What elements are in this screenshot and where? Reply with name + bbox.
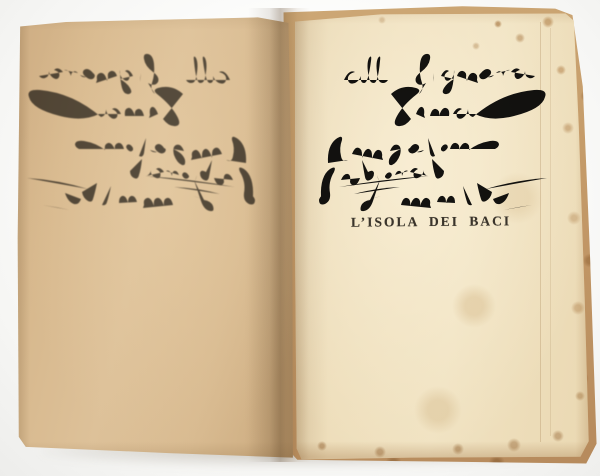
printed-title: L’ISOLA DEI BACI <box>351 213 511 230</box>
mirrored-ink-impression <box>0 10 279 240</box>
left-page <box>16 12 294 464</box>
handwritten-dedication <box>295 10 595 240</box>
book-photo: L’ISOLA DEI BACI <box>0 0 600 476</box>
